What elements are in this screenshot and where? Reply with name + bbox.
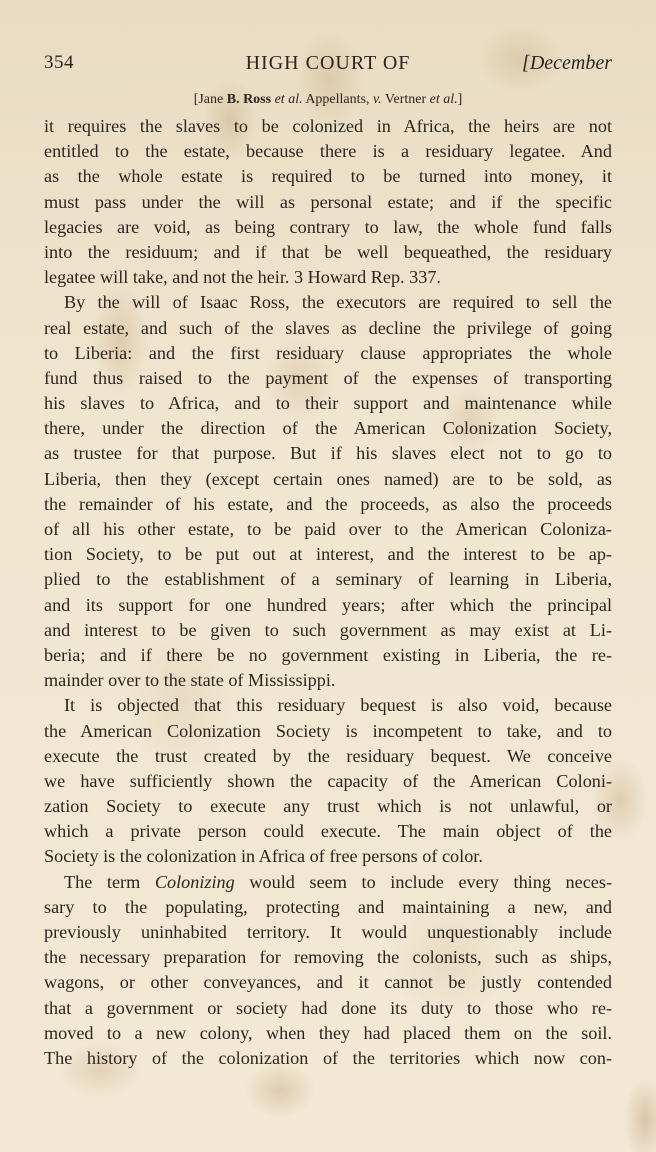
caption-versus: v. (373, 92, 382, 107)
case-caption: [Jane B. Ross et al. Appellants, v. Vert… (0, 92, 656, 108)
text-line: the remainder of his estate, and the pro… (44, 492, 612, 517)
text-line: must pass under the will as personal est… (44, 190, 612, 215)
text-line: as trustee for that purpose. But if his … (44, 441, 612, 466)
text-line: of all his other estate, to be paid over… (44, 517, 612, 542)
caption-appellants: Appellants, (303, 92, 373, 107)
text-line: sary to the populating, protecting and m… (44, 895, 612, 920)
text-line: By the will of Isaac Ross, the executors… (44, 290, 612, 315)
text-line: as the whole estate is required to be tu… (44, 164, 612, 189)
text-line: it requires the slaves to be colonized i… (44, 114, 612, 139)
text-line: plied to the establishment of a seminary… (44, 567, 612, 592)
text-line: tion Society, to be put out at interest,… (44, 542, 612, 567)
running-date: [December (522, 52, 612, 75)
text-line: wagons, or other conveyances, and it can… (44, 970, 612, 995)
caption-defendant: Vertner (382, 92, 430, 107)
text-line: which a private person could execute. Th… (44, 819, 612, 844)
text-line: moved to a new colony, when they had pla… (44, 1021, 612, 1046)
text-line: his slaves to Africa, and to their suppo… (44, 391, 612, 416)
text-line: real estate, and such of the slaves as d… (44, 316, 612, 341)
text-line: execute the trust created by the residua… (44, 744, 612, 769)
paragraph: By the will of Isaac Ross, the executors… (44, 290, 612, 693)
book-page: 354 HIGH COURT OF [December [Jane B. Ros… (0, 0, 656, 1152)
text-line: Liberia, then they (except certain ones … (44, 467, 612, 492)
text-line: mainder over to the state of Mississippi… (44, 668, 612, 693)
caption-et-al: et al. (271, 92, 303, 107)
text-line: the American Colonization Society is inc… (44, 719, 612, 744)
text-line: entitled to the estate, because there is… (44, 139, 612, 164)
body-text: it requires the slaves to be colonized i… (44, 114, 612, 1071)
text-line: the necessary preparation for removing t… (44, 945, 612, 970)
text-line: The history of the colonization of the t… (44, 1046, 612, 1071)
paragraph: it requires the slaves to be colonized i… (44, 114, 612, 290)
italic-term: Colonizing (155, 872, 235, 892)
paragraph: The term Colonizing would seem to includ… (44, 870, 612, 1072)
paragraph: It is objected that this residuary beque… (44, 693, 612, 869)
caption-close: ] (458, 92, 463, 107)
text-line: beria; and if there be no government exi… (44, 643, 612, 668)
text-line: there, under the direction of the Americ… (44, 416, 612, 441)
text-line: and interest to be given to such governm… (44, 618, 612, 643)
text-line: Society is the colonization in Africa of… (44, 844, 612, 869)
text-line: It is objected that this residuary beque… (44, 693, 612, 718)
text-line: previously uninhabited territory. It wou… (44, 920, 612, 945)
caption-party: B. Ross (227, 92, 271, 107)
text-line: to Liberia: and the first residuary clau… (44, 341, 612, 366)
caption-open: [Jane (194, 92, 227, 107)
text-line: we have sufficiently shown the capacity … (44, 769, 612, 794)
text-line: that a government or society had done it… (44, 996, 612, 1021)
page-header: 354 HIGH COURT OF [December (44, 52, 612, 80)
text-line: legatee will take, and not the heir. 3 H… (44, 265, 612, 290)
text-line: fund thus raised to the payment of the e… (44, 366, 612, 391)
text-line: into the residuum; and if that be well b… (44, 240, 612, 265)
text-line: zation Society to execute any trust whic… (44, 794, 612, 819)
text-line: legacies are void, as being contrary to … (44, 215, 612, 240)
text-line: The term Colonizing would seem to includ… (44, 870, 612, 895)
text-line: and its support for one hundred years; a… (44, 593, 612, 618)
caption-et-al: et al. (430, 92, 458, 107)
